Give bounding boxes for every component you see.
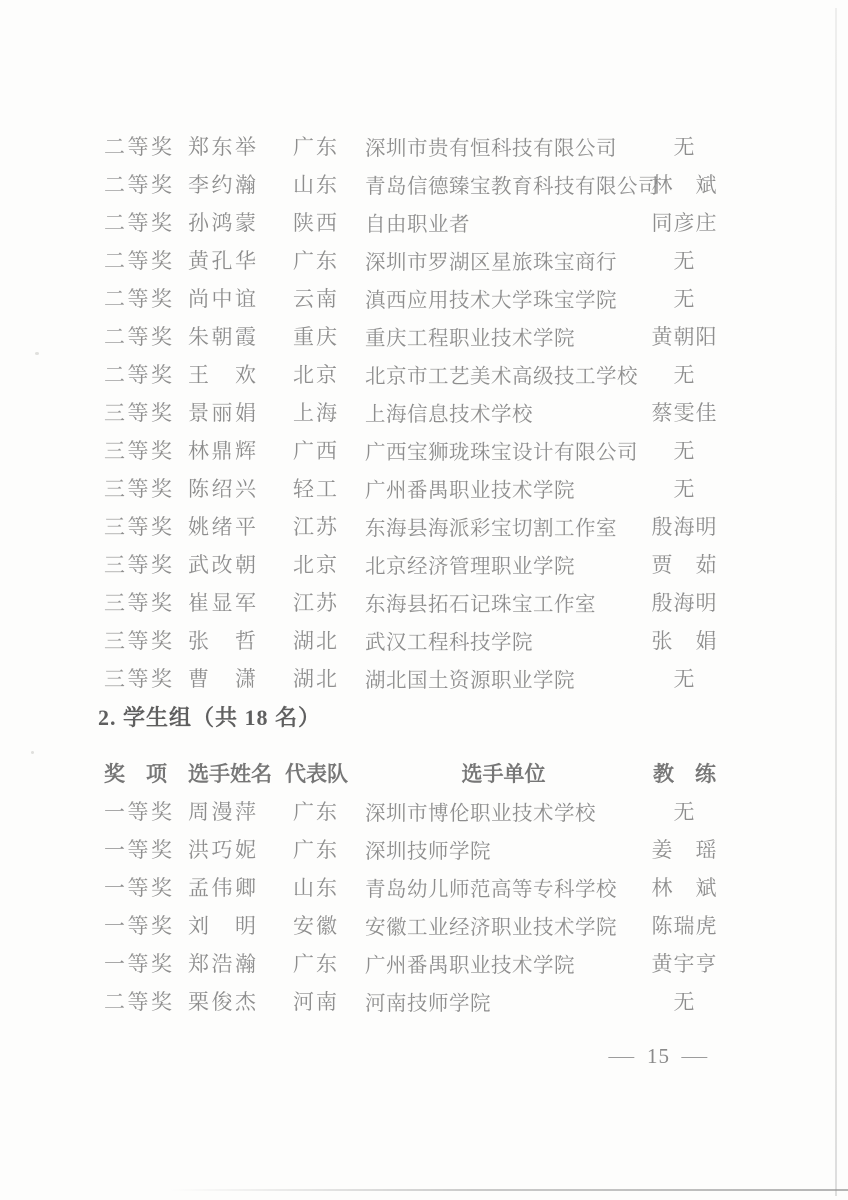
org-cell: 深圳市博伦职业技术学校 — [365, 796, 642, 826]
org-cell: 东海县海派彩宝切割工作室 — [365, 511, 642, 541]
table-row: 二等奖 王 欢 北京 北京市工艺美术高级技工学校 无 — [0, 355, 848, 393]
award-cell: 二等奖 — [104, 359, 188, 389]
name-cell: 姚绪平 — [188, 511, 285, 541]
coach-cell: 殷海明 — [642, 587, 727, 617]
org-cell: 重庆工程职业技术学院 — [365, 321, 642, 351]
coach-cell: 无 — [642, 131, 727, 161]
scan-edge-bottom-line — [170, 1189, 848, 1191]
name-cell: 郑东举 — [188, 131, 285, 161]
name-cell: 张 哲 — [188, 625, 285, 655]
team-cell: 北京 — [285, 359, 347, 389]
org-cell: 深圳市贵有恒科技有限公司 — [365, 131, 642, 161]
coach-cell: 无 — [642, 245, 727, 275]
org-cell: 广州番禺职业技术学院 — [365, 473, 642, 503]
org-column-header: 选手单位 — [365, 758, 642, 788]
award-cell: 三等奖 — [104, 549, 188, 579]
team-cell: 广东 — [285, 796, 347, 826]
table-row: 二等奖 郑东举 广东 深圳市贵有恒科技有限公司 无 — [0, 127, 848, 165]
team-cell: 江苏 — [285, 511, 347, 541]
award-cell: 三等奖 — [104, 663, 188, 693]
table-row: 三等奖 崔显军 江苏 东海县拓石记珠宝工作室 殷海明 — [0, 583, 848, 621]
award-cell: 三等奖 — [104, 397, 188, 427]
team-cell: 轻工 — [285, 473, 347, 503]
team-cell: 云南 — [285, 283, 347, 313]
page-number: — 15 — — [612, 1044, 705, 1069]
table-row: 一等奖 孟伟卿 山东 青岛幼儿师范高等专科学校 林 斌 — [0, 868, 848, 906]
name-cell: 李约瀚 — [188, 169, 285, 199]
table-row: 三等奖 姚绪平 江苏 东海县海派彩宝切割工作室 殷海明 — [0, 507, 848, 545]
scan-speck — [31, 751, 34, 754]
team-cell: 广西 — [285, 435, 347, 465]
name-cell: 朱朝霞 — [188, 321, 285, 351]
name-cell: 尚中谊 — [188, 283, 285, 313]
team-cell: 河南 — [285, 986, 347, 1016]
org-cell: 青岛信德臻宝教育科技有限公司 — [365, 169, 642, 199]
coach-cell: 无 — [642, 986, 727, 1016]
award-cell: 二等奖 — [104, 131, 188, 161]
org-cell: 东海县拓石记珠宝工作室 — [365, 587, 642, 617]
award-cell: 一等奖 — [104, 872, 188, 902]
org-cell: 深圳技师学院 — [365, 834, 642, 864]
name-cell: 郑浩瀚 — [188, 948, 285, 978]
name-cell: 武改朝 — [188, 549, 285, 579]
name-cell: 刘 明 — [188, 910, 285, 940]
team-cell: 安徽 — [285, 910, 347, 940]
document-page: 二等奖 郑东举 广东 深圳市贵有恒科技有限公司 无 二等奖 李约瀚 山东 青岛信… — [0, 0, 848, 1200]
name-cell: 栗俊杰 — [188, 986, 285, 1016]
award-cell: 三等奖 — [104, 435, 188, 465]
org-cell: 自由职业者 — [365, 207, 642, 237]
team-cell: 山东 — [285, 872, 347, 902]
team-cell: 湖北 — [285, 625, 347, 655]
coach-cell: 姜 瑶 — [642, 834, 727, 864]
award-cell: 二等奖 — [104, 245, 188, 275]
table-row: 二等奖 李约瀚 山东 青岛信德臻宝教育科技有限公司 林 斌 — [0, 165, 848, 203]
team-cell: 山东 — [285, 169, 347, 199]
award-cell: 一等奖 — [104, 796, 188, 826]
coach-cell: 张 娟 — [642, 625, 727, 655]
name-cell: 崔显军 — [188, 587, 285, 617]
scan-speck — [35, 352, 39, 355]
name-cell: 曹 潇 — [188, 663, 285, 693]
table-row: 一等奖 郑浩瀚 广东 广州番禺职业技术学院 黄宇亨 — [0, 944, 848, 982]
award-cell: 一等奖 — [104, 834, 188, 864]
team-cell: 广东 — [285, 948, 347, 978]
award-cell: 二等奖 — [104, 169, 188, 199]
coach-cell: 无 — [642, 283, 727, 313]
coach-cell: 林 斌 — [642, 169, 727, 199]
table-row: 三等奖 景丽娟 上海 上海信息技术学校 蔡雯佳 — [0, 393, 848, 431]
org-cell: 滇西应用技术大学珠宝学院 — [365, 283, 642, 313]
award-cell: 三等奖 — [104, 511, 188, 541]
table-row: 二等奖 尚中谊 云南 滇西应用技术大学珠宝学院 无 — [0, 279, 848, 317]
award-cell: 一等奖 — [104, 948, 188, 978]
team-cell: 湖北 — [285, 663, 347, 693]
award-column-header: 奖 项 — [104, 758, 188, 788]
award-cell: 二等奖 — [104, 207, 188, 237]
student-group-table: 奖 项 选手姓名 代表队 选手单位 教 练 一等奖 周漫萍 广东 深圳市博伦职业… — [0, 754, 848, 1020]
name-cell: 林鼎辉 — [188, 435, 285, 465]
team-cell: 广东 — [285, 131, 347, 161]
coach-cell: 林 斌 — [642, 872, 727, 902]
table-row: 三等奖 武改朝 北京 北京经济管理职业学院 贾 茹 — [0, 545, 848, 583]
coach-cell: 无 — [642, 359, 727, 389]
coach-cell: 无 — [642, 796, 727, 826]
coach-cell: 无 — [642, 435, 727, 465]
team-cell: 北京 — [285, 549, 347, 579]
coach-column-header: 教 练 — [642, 758, 727, 788]
coach-cell: 黄朝阳 — [642, 321, 727, 351]
org-cell: 武汉工程科技学院 — [365, 625, 642, 655]
coach-cell: 无 — [642, 473, 727, 503]
table-row: 二等奖 朱朝霞 重庆 重庆工程职业技术学院 黄朝阳 — [0, 317, 848, 355]
table-row: 二等奖 黄孔华 广东 深圳市罗湖区星旅珠宝商行 无 — [0, 241, 848, 279]
table-row: 二等奖 孙鸿蒙 陕西 自由职业者 同彦庄 — [0, 203, 848, 241]
award-cell: 二等奖 — [104, 321, 188, 351]
table-row: 三等奖 陈绍兴 轻工 广州番禺职业技术学院 无 — [0, 469, 848, 507]
name-cell: 王 欢 — [188, 359, 285, 389]
org-cell: 广西宝狮珑珠宝设计有限公司 — [365, 435, 642, 465]
team-cell: 陕西 — [285, 207, 347, 237]
page-number-value: 15 — [647, 1044, 670, 1069]
table-row: 三等奖 曹 潇 湖北 湖北国土资源职业学院 无 — [0, 659, 848, 697]
table-row: 三等奖 张 哲 湖北 武汉工程科技学院 张 娟 — [0, 621, 848, 659]
name-cell: 陈绍兴 — [188, 473, 285, 503]
award-cell: 三等奖 — [104, 587, 188, 617]
org-cell: 河南技师学院 — [365, 986, 642, 1016]
table-row: 一等奖 周漫萍 广东 深圳市博伦职业技术学校 无 — [0, 792, 848, 830]
page-number-dash-right: — — [682, 1046, 709, 1068]
scan-edge-vertical-line — [835, 8, 837, 1196]
team-cell: 重庆 — [285, 321, 347, 351]
name-cell: 洪巧妮 — [188, 834, 285, 864]
name-cell: 周漫萍 — [188, 796, 285, 826]
coach-cell: 同彦庄 — [642, 207, 727, 237]
org-cell: 北京经济管理职业学院 — [365, 549, 642, 579]
name-cell: 黄孔华 — [188, 245, 285, 275]
coach-cell: 贾 茹 — [642, 549, 727, 579]
org-cell: 上海信息技术学校 — [365, 397, 642, 427]
table-row: 二等奖 栗俊杰 河南 河南技师学院 无 — [0, 982, 848, 1020]
table-row: 一等奖 洪巧妮 广东 深圳技师学院 姜 瑶 — [0, 830, 848, 868]
award-cell: 三等奖 — [104, 625, 188, 655]
award-cell: 二等奖 — [104, 283, 188, 313]
org-cell: 湖北国土资源职业学院 — [365, 663, 642, 693]
name-column-header: 选手姓名 — [188, 758, 285, 788]
coach-cell: 殷海明 — [642, 511, 727, 541]
page-number-dash-left: — — [609, 1046, 636, 1068]
award-cell: 二等奖 — [104, 986, 188, 1016]
coach-cell: 陈瑞虎 — [642, 910, 727, 940]
name-cell: 孙鸿蒙 — [188, 207, 285, 237]
employee-group-table: 二等奖 郑东举 广东 深圳市贵有恒科技有限公司 无 二等奖 李约瀚 山东 青岛信… — [0, 127, 848, 697]
table-header-row: 奖 项 选手姓名 代表队 选手单位 教 练 — [0, 754, 848, 792]
award-cell: 一等奖 — [104, 910, 188, 940]
org-cell: 北京市工艺美术高级技工学校 — [365, 359, 642, 389]
team-cell: 广东 — [285, 245, 347, 275]
org-cell: 安徽工业经济职业技术学院 — [365, 910, 642, 940]
coach-cell: 无 — [642, 663, 727, 693]
team-cell: 江苏 — [285, 587, 347, 617]
org-cell: 青岛幼儿师范高等专科学校 — [365, 872, 642, 902]
coach-cell: 黄宇亨 — [642, 948, 727, 978]
table-row: 一等奖 刘 明 安徽 安徽工业经济职业技术学院 陈瑞虎 — [0, 906, 848, 944]
org-cell: 深圳市罗湖区星旅珠宝商行 — [365, 245, 642, 275]
award-cell: 三等奖 — [104, 473, 188, 503]
team-cell: 广东 — [285, 834, 347, 864]
section-heading-student-group: 2. 学生组（共 18 名） — [98, 701, 321, 732]
name-cell: 景丽娟 — [188, 397, 285, 427]
org-cell: 广州番禺职业技术学院 — [365, 948, 642, 978]
team-column-header: 代表队 — [285, 758, 347, 788]
name-cell: 孟伟卿 — [188, 872, 285, 902]
coach-cell: 蔡雯佳 — [642, 397, 727, 427]
team-cell: 上海 — [285, 397, 347, 427]
table-row: 三等奖 林鼎辉 广西 广西宝狮珑珠宝设计有限公司 无 — [0, 431, 848, 469]
